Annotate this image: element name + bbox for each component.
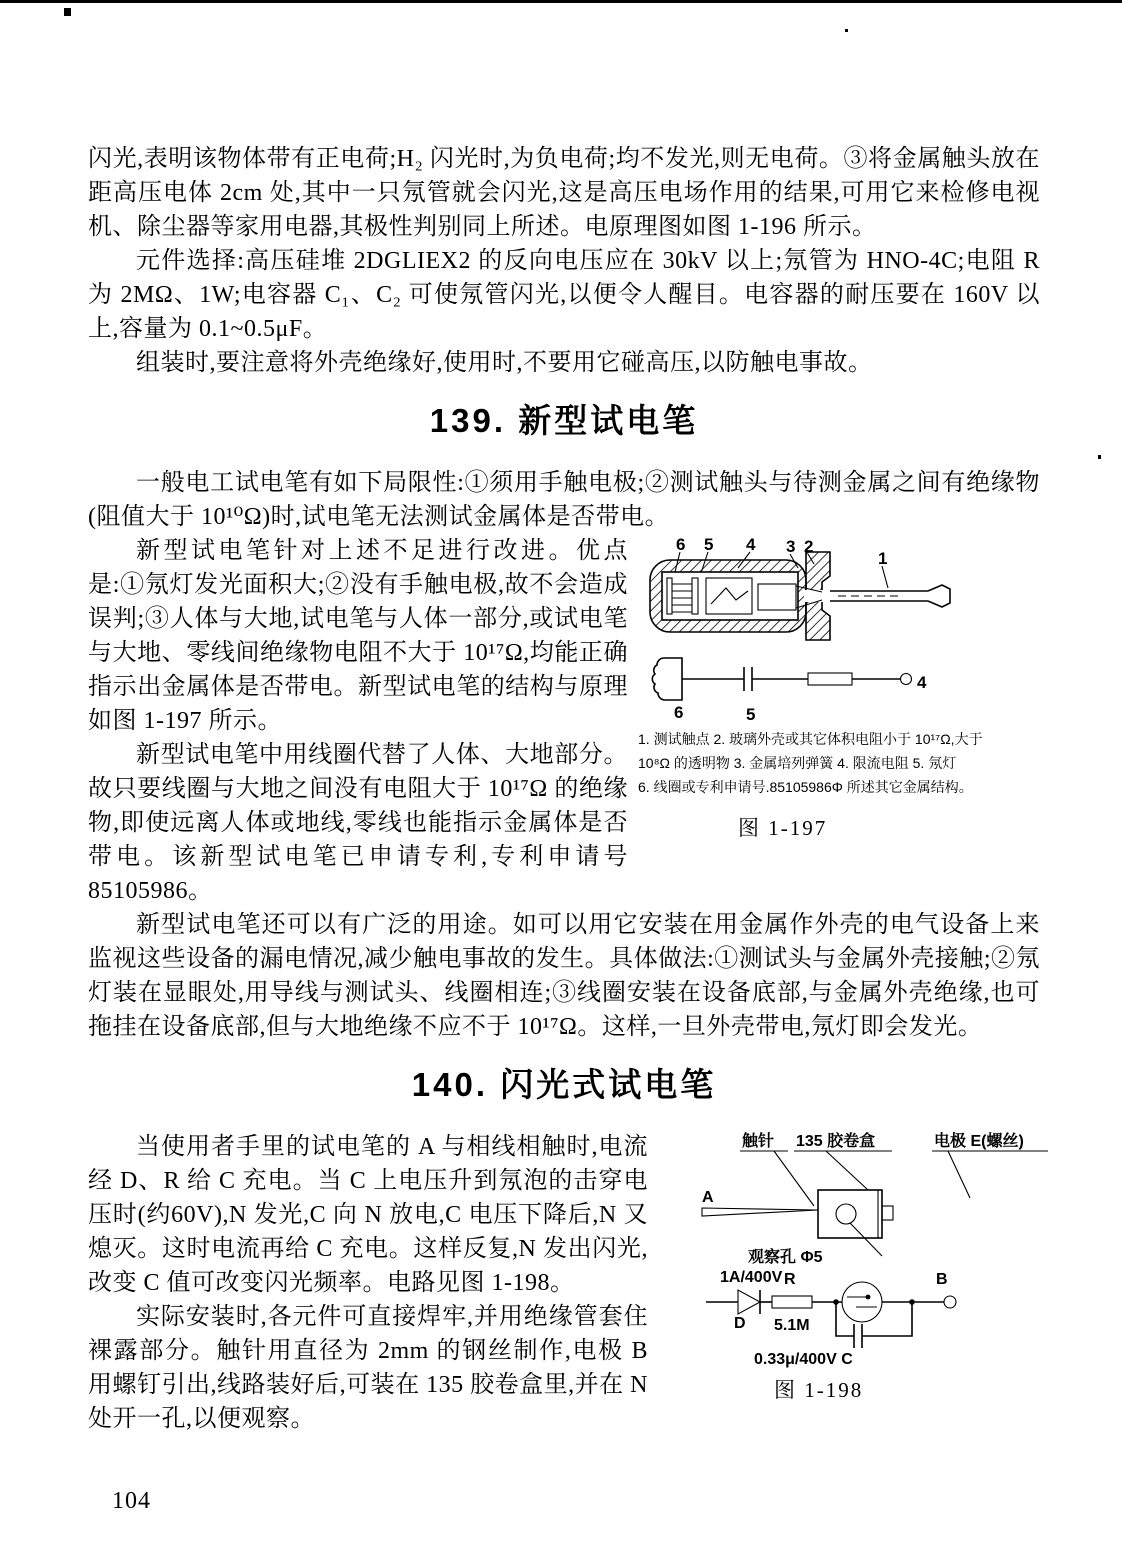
schematic-5-label: 5 [746,705,755,724]
pen-collar-slot [804,590,832,602]
intro-paragraph-assembly: 组装时,要注意将外壳绝缘好,使用时,不要用它碰高压,以防触电事故。 [88,346,1040,380]
scan-speck [1098,455,1101,459]
capacitor-plates [854,1324,862,1348]
section-140-paragraph-2: 实际安装时,各元件可直接焊牢,并用绝缘管套住裸露部分。触针用直径为 2mm 的钢… [88,1300,648,1436]
resistor-value-label: 5.1M [774,1317,810,1334]
intro-paragraph-continued: 闪光,表明该物体带有正电荷;H₂ 闪光时,为负电荷;均不发光,则无电荷。③将金属… [88,142,1040,244]
flash-test-pen-diagram: 触针 135 胶卷盒 电极 E(螺丝) A 观察孔 Φ5 [696,1130,1098,1368]
probe-label: 触针 [742,1131,774,1150]
leader-line [882,566,888,588]
section-139-body-with-figure: 6 5 4 3 2 1 [88,534,1040,908]
scan-speck [64,8,71,16]
section-139-paragraph-4: 新型试电笔还可以有广泛的用途。如可以用它安装在用金属作外壳的电气设备上来监视这些… [88,908,1040,1044]
film-canister-box [818,1190,882,1238]
intro-paragraph-components: 元件选择:高压硅堆 2DGLIEX2 的反向电压应在 30kV 以上;氖管为 H… [88,244,1040,346]
schematic-4-label: 4 [917,673,927,692]
electrode-screw [882,1206,893,1220]
neon-lamp-symbol [842,1282,882,1322]
figure-197-caption-line-1: 1. 测试触点 2. 玻璃外壳或其它体积电阻小于 10¹⁷Ω,大于 [638,730,1040,748]
figure-198-label: 图 1-198 [774,1374,1098,1404]
scan-speck [845,29,848,32]
section-140-body-with-figure: 触针 135 胶卷盒 电极 E(螺丝) A 观察孔 Φ5 [88,1130,1040,1452]
section-140-paragraph-1: 当使用者手里的试电笔的 A 与相线相触时,电流经 D、R 给 C 充电。当 C … [88,1130,648,1300]
terminal-b [944,1296,956,1308]
schematic-resistor [808,673,852,685]
schematic-capacitor [744,667,752,691]
pen-part-6-label: 6 [676,535,685,554]
figure-1-197: 6 5 4 3 2 1 [638,534,1040,842]
page-content: 闪光,表明该物体带有正电荷;H₂ 闪光时,为负电荷;均不发光,则无电荷。③将金属… [88,142,1040,1515]
section-139-paragraph-1: 一般电工试电笔有如下局限性:①须用手触电极;②测试触头与待测金属之间有绝缘物(阻… [88,466,1040,534]
diode-rating-label: 1A/400V [720,1269,783,1286]
figure-197-caption-line-3: 6. 线圈或专利申请号.85105986Φ 所述其它金属结构。 [638,778,1040,796]
resistor-symbol [772,1296,812,1308]
neon-electrodes [847,1297,877,1307]
point-a-label: A [702,1189,714,1206]
pen-part-4-label: 4 [746,535,756,554]
schematic-terminal [901,674,912,685]
pen-part-5-label: 5 [704,535,713,554]
electrode-label: 电极 E(螺丝) [934,1131,1024,1150]
section-139-paragraph-2: 新型试电笔针对上述不足进行改进。优点是:①氖灯发光面积大;②没有手触电极,故不会… [88,534,628,738]
schematic-6-label: 6 [674,703,683,722]
section-140-heading: 140. 闪光式试电笔 [88,1064,1040,1106]
probe-pin [702,1208,818,1216]
book-page: 闪光,表明该物体带有正电荷;H₂ 闪光时,为负电荷;均不发光,则无电荷。③将金属… [0,0,1122,1568]
viewing-hole-label: 观察孔 Φ5 [748,1247,823,1266]
capacitor-value-label: 0.33μ/400V C [754,1351,853,1368]
diode-label: D [734,1315,746,1332]
resistor-label: R [784,1271,796,1288]
page-number: 104 [88,1488,1040,1515]
test-pen-structure-diagram: 6 5 4 3 2 1 [638,534,1040,724]
figure-1-198: 触针 135 胶卷盒 电极 E(螺丝) A 观察孔 Φ5 [696,1130,1098,1404]
figure-197-label: 图 1-197 [738,812,1040,842]
point-b-label: B [936,1271,948,1288]
pen-part-3-label: 3 [786,537,795,556]
section-139-heading: 139. 新型试电笔 [88,400,1040,442]
pen-probe-tip [928,585,950,607]
pen-inner-cavity [662,572,798,620]
schematic-coil [652,658,682,700]
scan-top-edge [0,0,1122,3]
figure-197-caption-line-2: 10⁸Ω 的透明物 3. 金属培列弹簧 4. 限流电阻 5. 氖灯 [638,754,1040,772]
neon-electrode-dot [866,1295,871,1300]
canister-label: 135 胶卷盒 [796,1131,875,1150]
pen-part-1-label: 1 [878,549,887,568]
section-139-paragraph-3: 新型试电笔中用线圈代替了人体、大地部分。故只要线圈与大地之间没有电阻大于 10¹… [88,738,628,908]
diode-symbol [738,1290,760,1314]
